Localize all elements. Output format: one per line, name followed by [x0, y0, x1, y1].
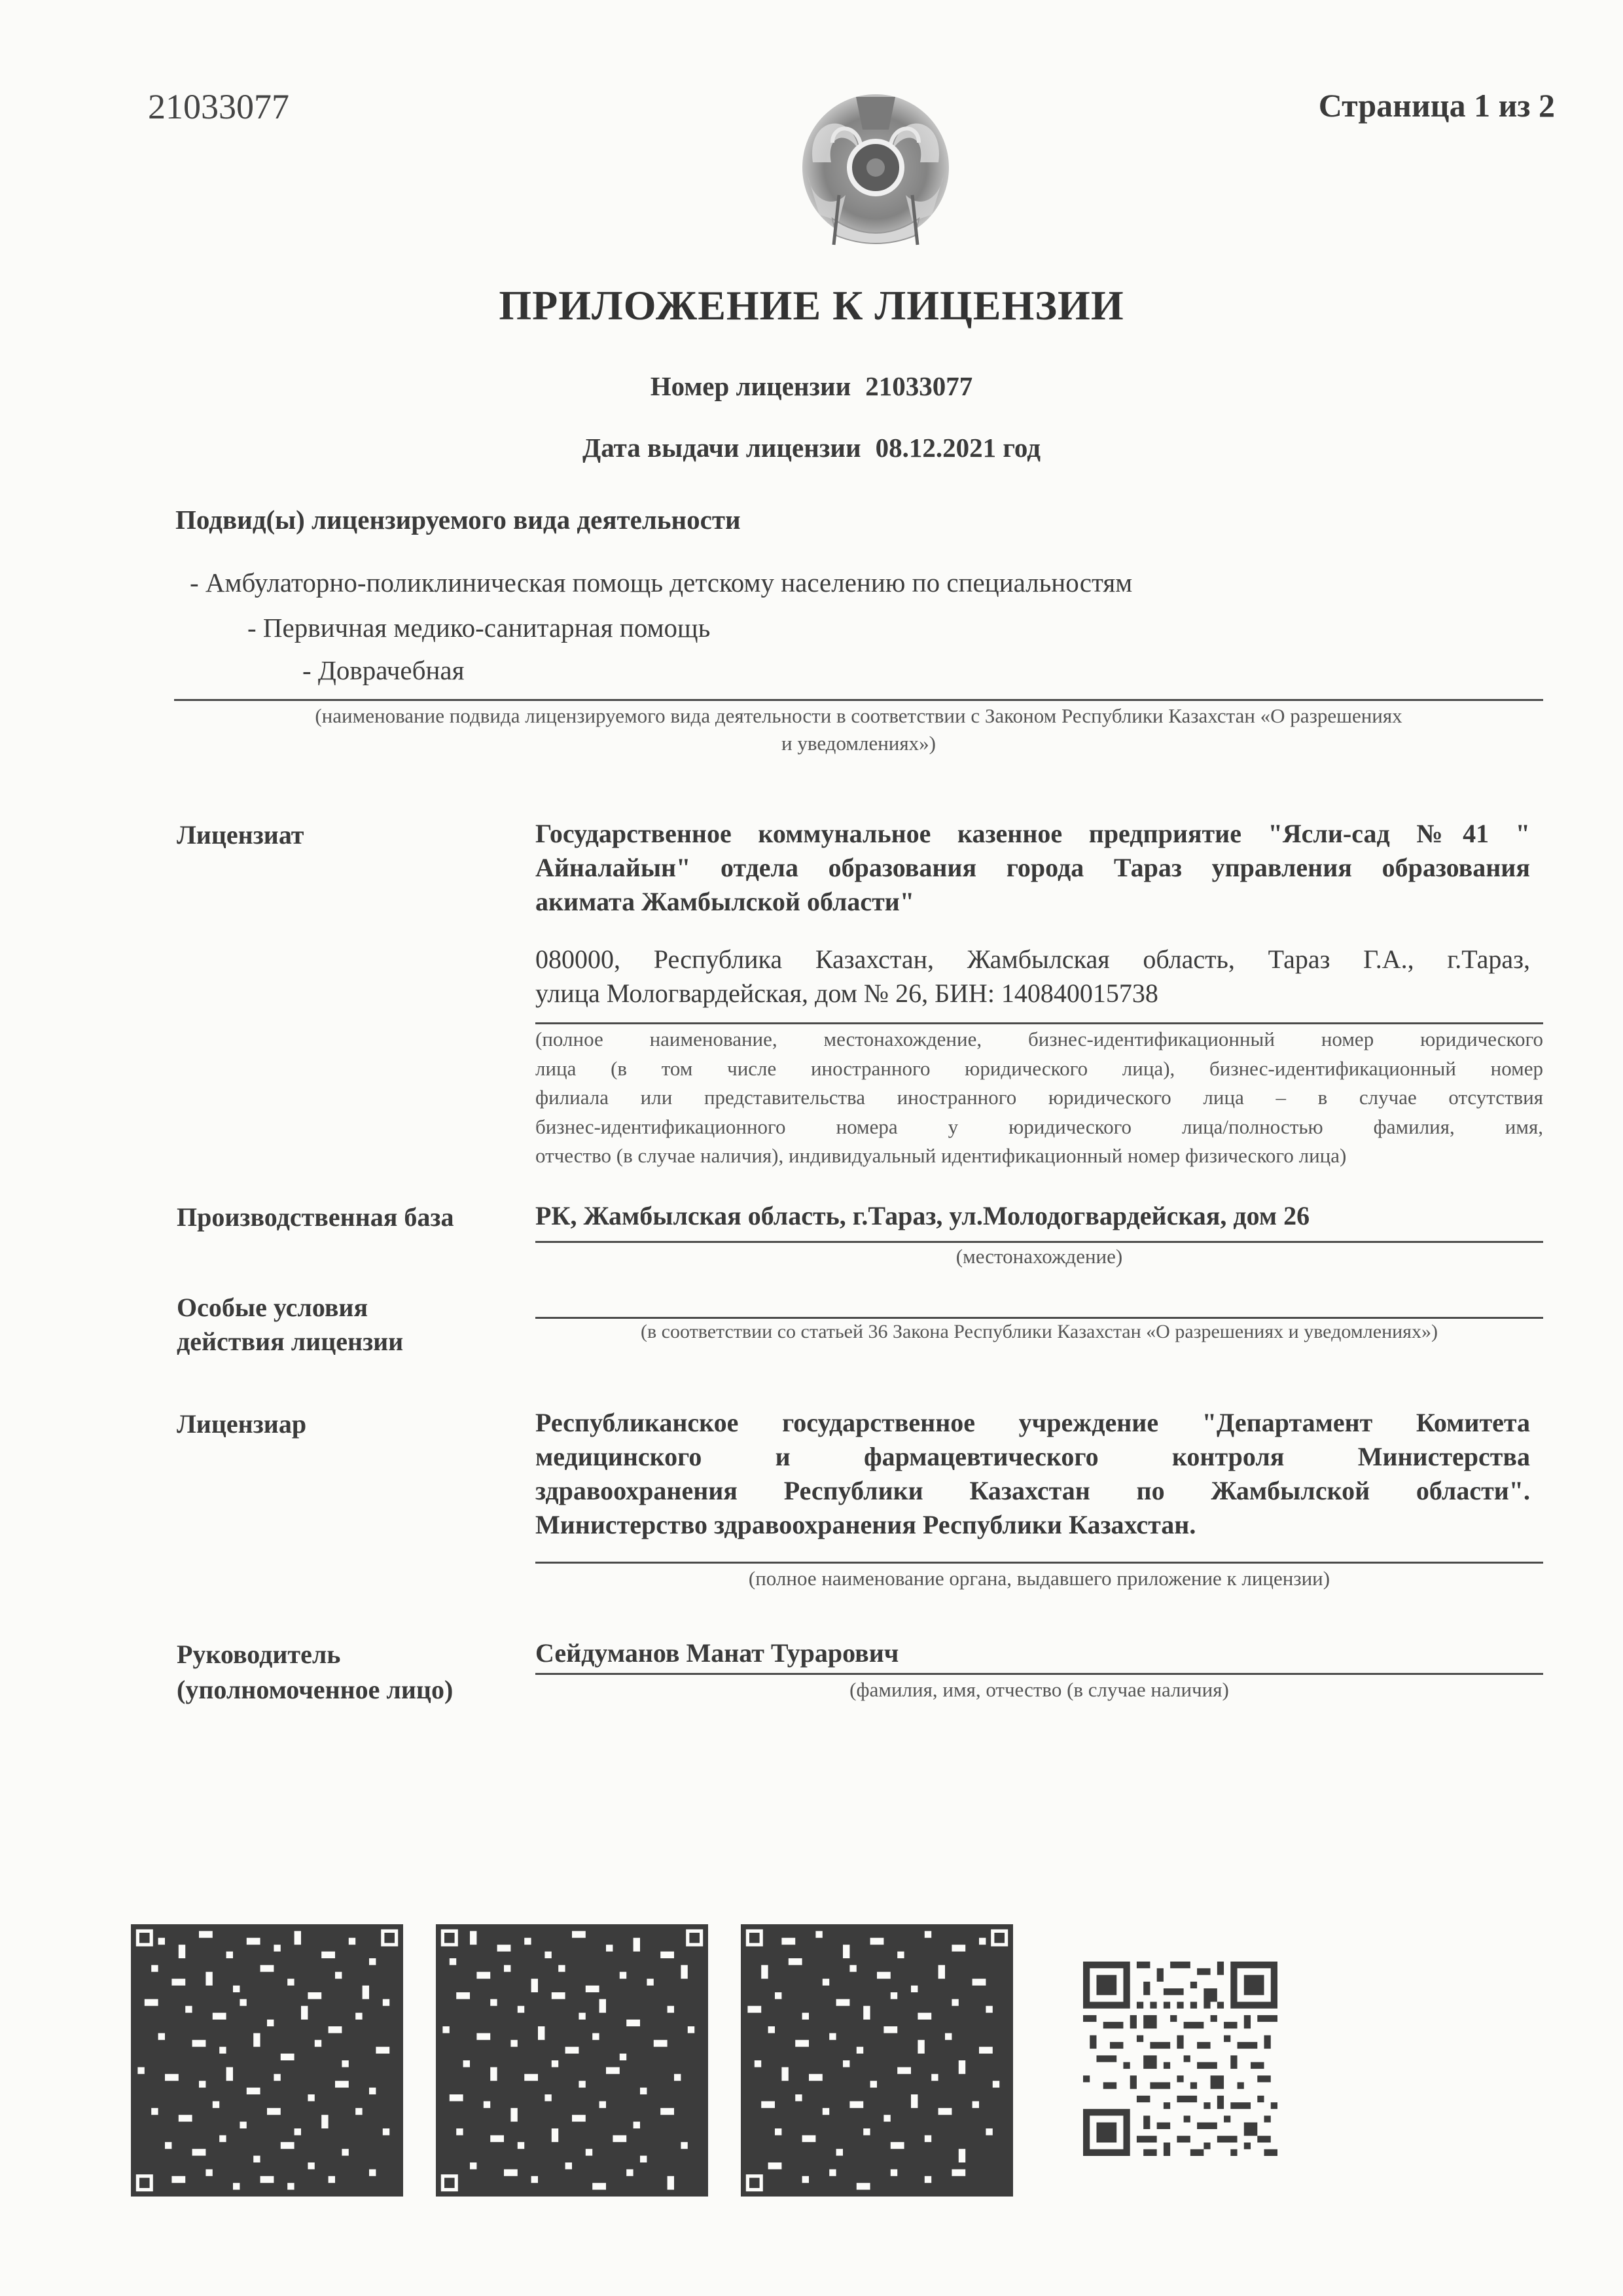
qr-code-1 [131, 1924, 403, 2197]
license-number-row: Номер лицензии21033077 [0, 370, 1623, 402]
licensee-note-line: (полное наименование, местонахождение, б… [535, 1025, 1543, 1054]
qr-pattern-icon [1083, 1962, 1277, 2156]
licensor-name-line: Министерство здравоохранения Республики … [535, 1508, 1530, 1542]
head-label-line-2: (уполномоченное лицо) [177, 1674, 453, 1705]
subtypes-heading: Подвид(ы) лицензируемого вида деятельнос… [175, 504, 741, 535]
licensee-note-line: отчество (в случае наличия), индивидуаль… [535, 1141, 1543, 1171]
subtypes-note-line-2: и уведомлениях») [174, 732, 1543, 755]
head-note: (фамилия, имя, отчество (в случае наличи… [535, 1678, 1543, 1702]
special-conditions-note: (в соответствии со статьей 36 Закона Рес… [535, 1321, 1543, 1343]
bullet-dash-icon: - [247, 613, 257, 643]
licensor-name: Республиканское государственное учрежден… [535, 1406, 1530, 1542]
qr-pattern-icon [131, 1924, 403, 2197]
licensor-name-line: медицинского и фармацевтического контрол… [535, 1440, 1530, 1474]
bullet-dash-icon: - [302, 655, 312, 685]
licensee-note-line: филиала или представительства иностранно… [535, 1083, 1543, 1113]
licensee-name: Государственное коммунальное казенное пр… [535, 817, 1530, 919]
state-emblem-icon [793, 90, 958, 251]
licensor-name-line: здравоохранения Республики Казахстан по … [535, 1474, 1530, 1508]
subtype-item-1: - Амбулаторно-поликлиническая помощь дет… [190, 567, 1132, 598]
subtype-item-3: - Доврачебная [302, 655, 464, 686]
license-number-value: 21033077 [865, 371, 972, 401]
licensee-address-line: 080000, Республика Казахстан, Жамбылская… [535, 942, 1530, 977]
special-conditions-divider [535, 1317, 1543, 1319]
qr-code-2 [436, 1924, 708, 2197]
subtypes-divider [174, 699, 1543, 701]
licensee-note-line: лица (в том числе иностранного юридическ… [535, 1054, 1543, 1084]
subtypes-note-line-1: (наименование подвида лицензируемого вид… [174, 704, 1543, 728]
licensor-name-line: Республиканское государственное учрежден… [535, 1406, 1530, 1440]
special-conditions-label-line-1: Особые условия [177, 1292, 368, 1323]
subtype-item-text: Амбулаторно-поликлиническая помощь детск… [205, 567, 1132, 598]
special-conditions-label-line-2: действия лицензии [177, 1326, 403, 1357]
bullet-dash-icon: - [190, 567, 199, 598]
licensee-note: (полное наименование, местонахождение, б… [535, 1025, 1543, 1171]
production-base-value: РК, Жамбылская область, г.Тараз, ул.Моло… [535, 1199, 1530, 1233]
head-name: Сейдуманов Манат Турарович [535, 1636, 1530, 1670]
qr-pattern-icon [741, 1924, 1013, 2197]
page-indicator: Страница 1 из 2 [1319, 86, 1555, 124]
qr-pattern-icon [436, 1924, 708, 2197]
qr-code-3 [741, 1924, 1013, 2197]
licensee-address-line: улица Мологвардейская, дом № 26, БИН: 14… [535, 977, 1530, 1011]
production-base-note: (местонахождение) [535, 1245, 1543, 1268]
licensee-name-line: Айналайын" отдела образования города Тар… [535, 851, 1530, 885]
licensee-name-line: Государственное коммунальное казенное пр… [535, 817, 1530, 851]
license-date-row: Дата выдачи лицензии08.12.2021 год [0, 432, 1623, 463]
licensee-divider [535, 1022, 1543, 1024]
licensee-label: Лицензиат [177, 819, 304, 850]
license-date-value: 08.12.2021 год [876, 433, 1041, 463]
subtype-item-text: Доврачебная [318, 655, 465, 685]
subtype-item-2: - Первичная медико-санитарная помощь [247, 612, 710, 643]
license-date-label: Дата выдачи лицензии [582, 433, 861, 463]
production-base-divider [535, 1241, 1543, 1243]
licensor-divider [535, 1562, 1543, 1564]
licensee-note-line: бизнес-идентификационного номера у юриди… [535, 1113, 1543, 1142]
licensor-label: Лицензиар [177, 1408, 306, 1439]
licensor-note: (полное наименование органа, выдавшего п… [535, 1567, 1543, 1590]
production-base-label: Производственная база [177, 1202, 454, 1232]
document-title: ПРИЛОЖЕНИЕ К ЛИЦЕНЗИИ [0, 281, 1623, 330]
subtype-item-text: Первичная медико-санитарная помощь [263, 613, 710, 643]
document-number: 21033077 [148, 86, 289, 127]
licensee-name-line: акимата Жамбылской области" [535, 885, 1530, 919]
head-label-line-1: Руководитель [177, 1639, 340, 1670]
head-divider [535, 1673, 1543, 1675]
license-number-label: Номер лицензии [651, 371, 851, 401]
qr-code-4 [1083, 1962, 1277, 2156]
licensee-address: 080000, Республика Казахстан, Жамбылская… [535, 942, 1530, 1011]
